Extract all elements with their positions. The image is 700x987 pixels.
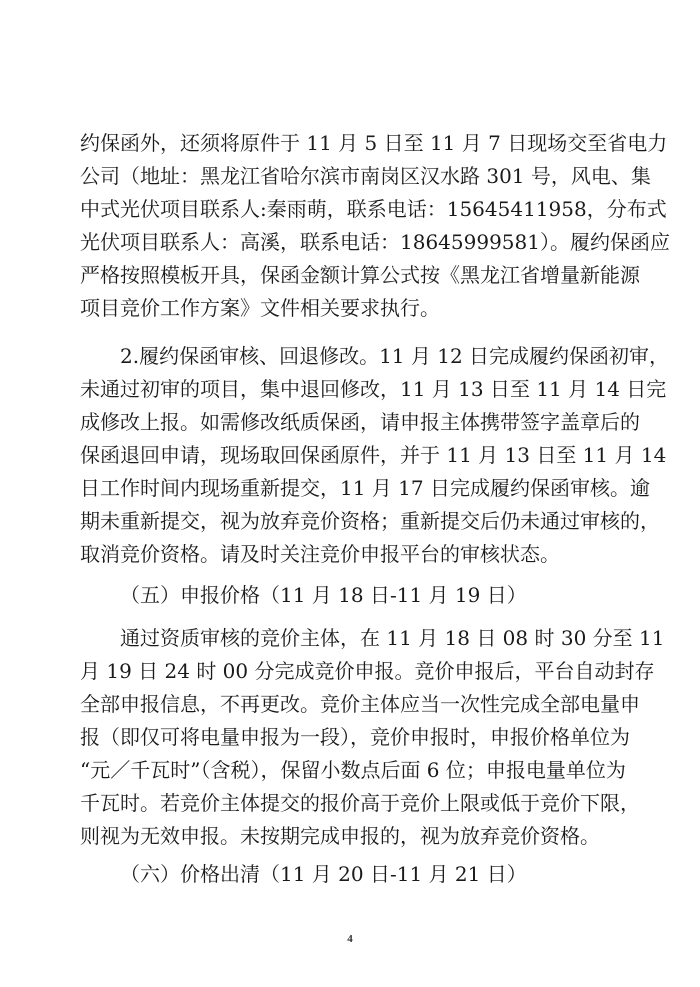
body-line: 严格按照模板开具，保函金额计算公式按《黑龙江省增量新能源 bbox=[80, 259, 625, 291]
section-heading: （六）价格出清（11 月 20 日-11 月 21 日） bbox=[120, 858, 527, 890]
body-line: 未通过初审的项目，集中退回修改，11 月 13 日至 11 月 14 日完 bbox=[80, 373, 625, 405]
body-line: 报（即仅可将电量申报为一段），竞价申报时，申报价格单位为 bbox=[80, 721, 625, 753]
body-line: 约保函外，还须将原件于 11 月 5 日至 11 月 7 日现场交至省电力 bbox=[80, 127, 625, 159]
body-line: 全部申报信息，不再更改。竞价主体应当一次性完成全部电量申 bbox=[80, 688, 625, 720]
body-line: 保函退回申请，现场取回保函原件，并于 11 月 13 日至 11 月 14 bbox=[80, 439, 625, 471]
body-line: 取消竞价资格。请及时关注竞价申报平台的审核状态。 bbox=[80, 538, 625, 570]
section-heading: （五）申报价格（11 月 18 日-11 月 19 日） bbox=[120, 579, 527, 611]
body-line: 千瓦时。若竞价主体提交的报价高于竞价上限或低于竞价下限， bbox=[80, 787, 625, 819]
body-line: 日工作时间内现场重新提交，11 月 17 日完成履约保函审核。逾 bbox=[80, 472, 625, 504]
body-line: 通过资质审核的竞价主体，在 11 月 18 日 08 时 30 分至 11 bbox=[120, 622, 625, 654]
body-line: 则视为无效申报。未按期完成申报的，视为放弃竞价资格。 bbox=[80, 820, 625, 852]
body-line: 期未重新提交，视为放弃竞价资格；重新提交后仍未通过审核的， bbox=[80, 505, 625, 537]
body-line: 光伏项目联系人：高溪，联系电话：18645999581）。履约保函应 bbox=[80, 226, 625, 258]
body-line: 成修改上报。如需修改纸质保函，请申报主体携带签字盖章后的 bbox=[80, 406, 625, 438]
body-line: 公司（地址：黑龙江省哈尔滨市南岗区汉水路 301 号，风电、集 bbox=[80, 160, 625, 192]
body-line: 2.履约保函审核、回退修改。11 月 12 日完成履约保函初审， bbox=[120, 340, 625, 372]
page-number: 4 bbox=[0, 933, 700, 945]
body-line: 中式光伏项目联系人:秦雨萌，联系电话：15645411958，分布式 bbox=[80, 193, 625, 225]
body-line: “元／千瓦时”（含税），保留小数点后面 6 位；申报电量单位为 bbox=[80, 754, 625, 786]
document-page: 约保函外，还须将原件于 11 月 5 日至 11 月 7 日现场交至省电力 公司… bbox=[0, 0, 700, 987]
body-line: 月 19 日 24 时 00 分完成竞价申报。竞价申报后，平台自动封存 bbox=[80, 655, 625, 687]
body-line: 项目竞价工作方案》文件相关要求执行。 bbox=[80, 292, 625, 324]
